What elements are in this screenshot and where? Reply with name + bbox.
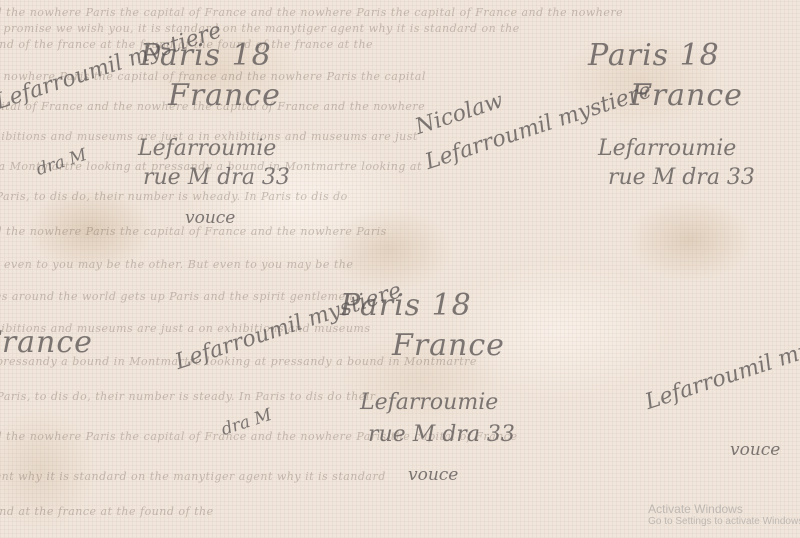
script-street: rue M dra 33: [608, 165, 755, 190]
script-france: France: [168, 78, 281, 113]
script-street: rue M dra 33: [143, 165, 290, 190]
script-name: Lefarroumie: [360, 390, 498, 415]
handwriting-line: and the nowhere Paris the capital of Fra…: [0, 6, 800, 19]
handwriting-line: but even to you may be the other. But ev…: [0, 258, 800, 271]
activate-windows-watermark: Activate Windows Go to Settings to activ…: [648, 502, 800, 528]
script-street: rue M dra 33: [368, 422, 515, 447]
script-name: Lefarroumie: [598, 136, 736, 161]
watermark-title: Activate Windows: [648, 502, 800, 516]
script-word: vouce: [185, 208, 235, 228]
handwriting-line: agent why it is standard on the manytige…: [0, 470, 800, 483]
script-word: vouce: [408, 465, 458, 485]
script-france-partial: France: [0, 325, 93, 360]
script-paris: Paris 18: [588, 38, 720, 73]
script-word: vouce: [730, 440, 780, 460]
handwriting-line: and the nowhere Paris the capital of Fra…: [0, 225, 800, 238]
script-name: Lefarroumie: [138, 136, 276, 161]
paper-background: and the nowhere Paris the capital of Fra…: [0, 0, 800, 538]
handwriting-line: the promise we wish you, it is standard …: [0, 22, 800, 35]
handwriting-line: in Paris, to dis do, their number is whe…: [0, 190, 800, 203]
watermark-subtitle: Go to Settings to activate Windows.: [648, 516, 800, 528]
script-france: France: [392, 328, 505, 363]
